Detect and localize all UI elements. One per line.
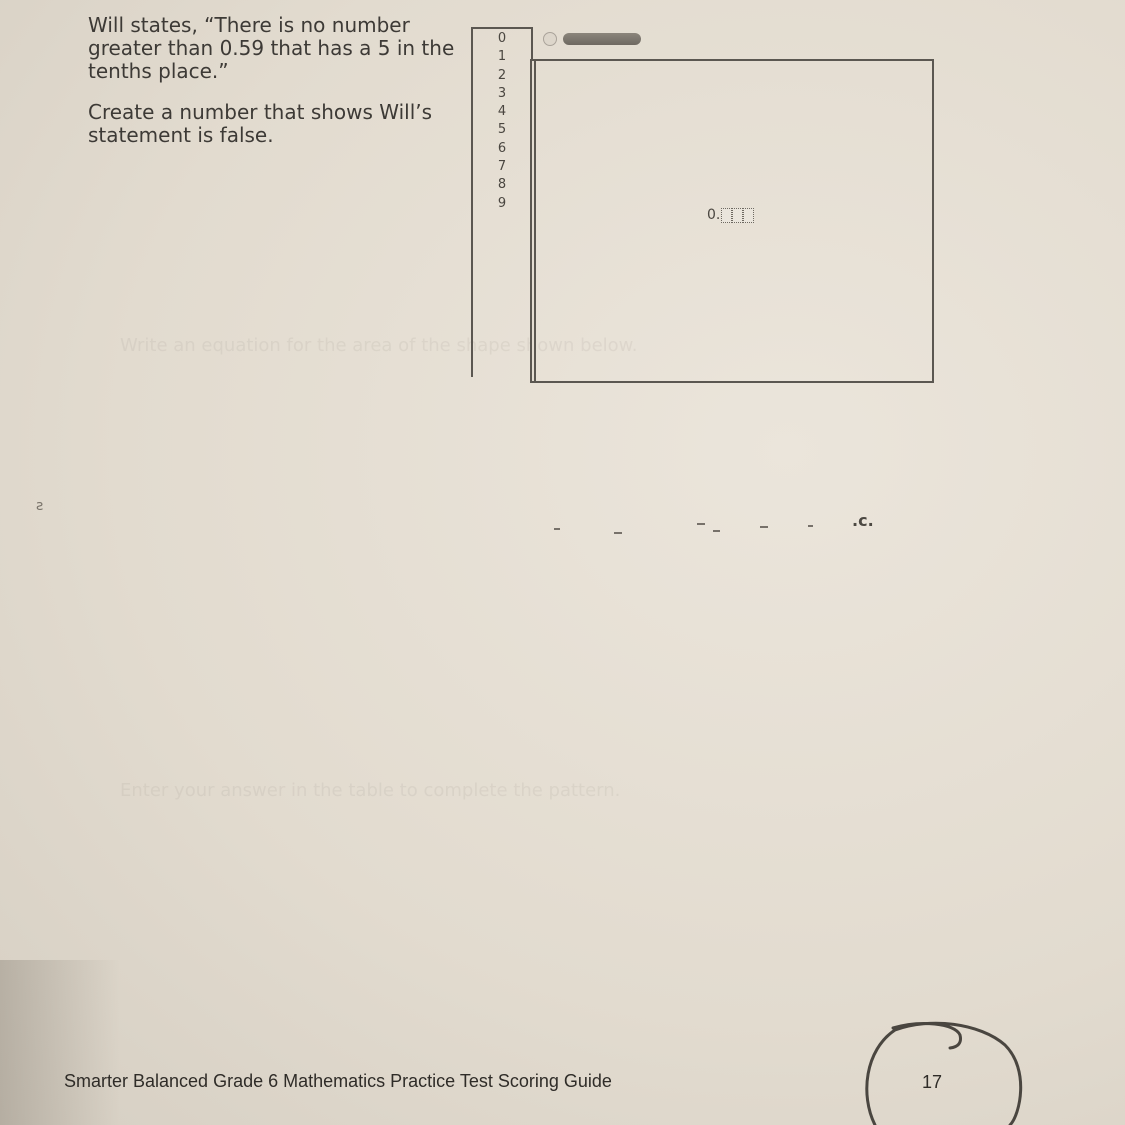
tenths-slot[interactable] (721, 208, 732, 223)
digit-3[interactable]: 3 (473, 85, 531, 103)
footer-title: Smarter Balanced Grade 6 Mathematics Pra… (64, 1071, 612, 1092)
stray-ink-mark: .c. (852, 511, 874, 530)
response-toolbar (543, 31, 641, 47)
digit-0[interactable]: 0 (473, 30, 531, 48)
digit-2[interactable]: 2 (473, 67, 531, 85)
decimal-response: 0. (707, 207, 754, 223)
stray-mark (554, 528, 560, 530)
digit-palette: 0 1 2 3 4 5 6 7 8 9 (471, 27, 533, 377)
question-prompt: Will states, “There is no number greater… (88, 14, 478, 147)
response-leading-text: 0. (707, 207, 720, 223)
stray-mark (697, 523, 705, 525)
digit-7[interactable]: 7 (473, 158, 531, 176)
digit-6[interactable]: 6 (473, 140, 531, 158)
circle-icon[interactable] (543, 32, 557, 46)
digit-4[interactable]: 4 (473, 103, 531, 121)
prompt-statement: Will states, “There is no number greater… (88, 14, 478, 83)
prompt-instruction: Create a number that shows Will’s statem… (88, 101, 478, 147)
page-shadow (0, 960, 120, 1125)
stray-mark (760, 526, 768, 528)
stray-mark (614, 532, 622, 534)
hundredths-slot[interactable] (732, 208, 743, 223)
toolbar-button[interactable] (563, 33, 641, 45)
digit-5[interactable]: 5 (473, 121, 531, 139)
hand-drawn-circle-icon (860, 1015, 1030, 1125)
margin-mark: ƨ (36, 498, 43, 514)
stray-mark (808, 525, 813, 527)
digit-9[interactable]: 9 (473, 195, 531, 213)
digit-8[interactable]: 8 (473, 176, 531, 194)
answer-box[interactable]: 0. (530, 59, 934, 383)
bleed-through-text: Enter your answer in the table to comple… (120, 780, 620, 801)
thousandths-slot[interactable] (743, 208, 754, 223)
stray-mark (713, 530, 720, 532)
digit-1[interactable]: 1 (473, 48, 531, 66)
